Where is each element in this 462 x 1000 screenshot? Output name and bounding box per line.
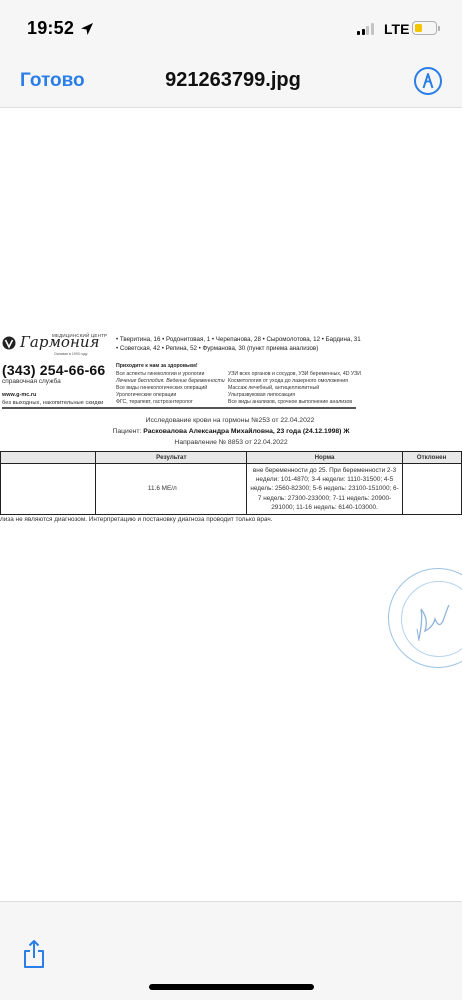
lab-stamp [388,568,462,668]
home-indicator[interactable] [149,984,314,990]
cell-test [1,464,96,515]
clinic-website: www.g-mc.ru [2,392,36,398]
clinic-address-line-2: • Советская, 42 • Репина, 52 • Фурманова… [116,345,318,352]
service-right: Все виды анализов, срочное выполнение ан… [228,399,352,405]
cell-deviation [402,464,461,515]
clinic-label: МЕДИЦИНСКИЙ ЦЕНТР [52,333,107,338]
service-right: УЗИ всех органов и сосудов, УЗИ беременн… [228,371,361,377]
status-time: 19:52 [27,18,74,39]
cellular-signal-icon [357,23,375,35]
column-header-norm: Норма [247,452,402,464]
cell-norm: вне беременности до 25. При беременности… [247,464,402,515]
column-header-result: Результат [96,452,247,464]
markup-button[interactable] [414,67,442,95]
markup-pen-icon [416,69,440,93]
share-icon [22,939,46,969]
battery-icon [412,21,437,35]
patient-line: Пациент: Расковалова Александра Михайлов… [0,428,462,435]
disclaimer-note: лиза не являются диагнозом. Интерпретаци… [0,516,273,523]
image-viewer[interactable]: Гармония МЕДИЦИНСКИЙ ЦЕНТР Основан в 199… [0,109,462,901]
service-right: Косметология от ухода до лазерного омоло… [228,378,348,384]
service-left: Урологические операции [116,392,176,398]
service-right: Массаж лечебный, антицеллюлитный [228,385,319,391]
promo-heading: Приходите к нам за здоровьем! [116,363,198,369]
navigation-bar: Готово 921263799.jpg [0,56,462,108]
study-title: Исследование крови на гормоны №253 от 22… [0,417,462,424]
clinic-phone-label: справочная служба [2,378,61,385]
clinic-since: Основан в 1993 году [54,352,87,356]
service-left: Лечение бесплодия. Ведение беременности [116,378,225,384]
clinic-phone: (343) 254-66-66 [2,362,105,378]
battery-tip [438,26,440,31]
column-header-deviation: Отклонен [402,452,461,464]
service-left: Все виды гинекологических операций [116,385,207,391]
cell-result: 11.6 МЕ/л [96,464,247,515]
referral-line: Направление № 8853 от 22.04.2022 [0,439,462,446]
share-button[interactable] [22,939,46,969]
file-title: 921263799.jpg [0,69,462,92]
lab-report-image: Гармония МЕДИЦИНСКИЙ ЦЕНТР Основан в 199… [0,331,462,651]
network-type: LTE [384,21,409,37]
service-left: Все аспекты гинекологии и урологии [116,371,204,377]
table-row: 11.6 МЕ/л вне беременности до 25. При бе… [1,464,462,515]
service-left: ФГС, терапевт, гастроэнтеролог [116,399,193,405]
signature-icon [389,569,462,669]
patient-label: Пациент: [113,428,142,435]
location-arrow-icon [80,22,94,36]
column-header-test [1,452,96,464]
table-header-row: Результат Норма Отклонен [1,452,462,464]
clinic-address-line-1: • Тверитина, 16 • Родонитовая, 1 • Череп… [116,336,361,343]
service-right: Ультразвуковая липосакция [228,392,295,398]
results-table: Результат Норма Отклонен 11.6 МЕ/л вне б… [0,451,462,515]
clinic-website-note: без выходных, накопительные скидки [2,400,103,406]
status-bar: 19:52 LTE [0,0,462,56]
bottom-toolbar [0,901,462,1000]
patient-name: Расковалова Александра Михайловна, 23 го… [143,428,349,435]
clinic-logo-icon [2,336,16,350]
header-divider [2,407,356,409]
